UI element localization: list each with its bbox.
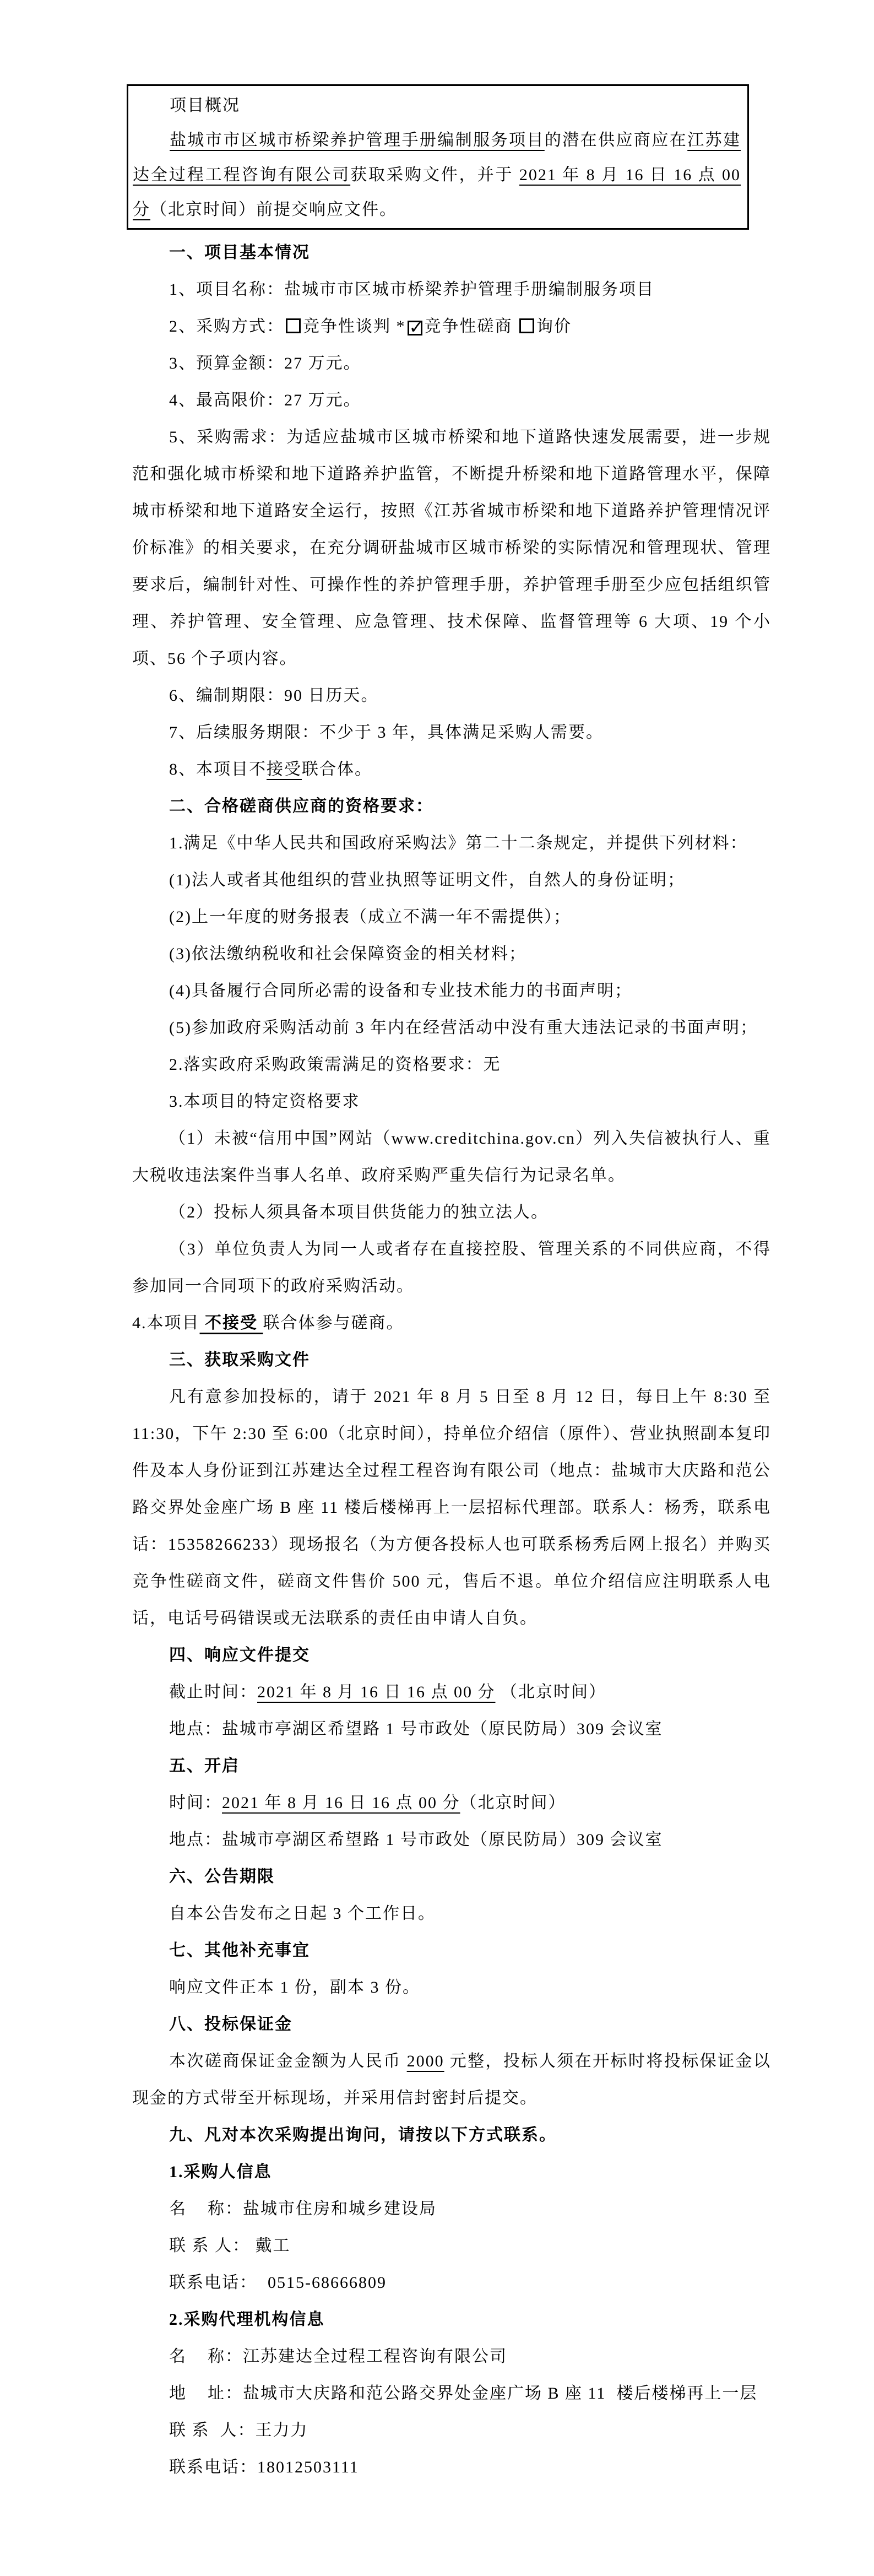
section2-heading: 二、合格磋商供应商的资格要求：	[132, 788, 771, 825]
text-run: （北京时间）	[496, 1683, 607, 1701]
qualification-item3-sub3: （3）单位负责人为同一人或者存在直接控股、管理关系的不同供应商，不得参加同一合同…	[132, 1231, 771, 1305]
text-run: 2021 年 8 月 16 日 16 点 00 分	[257, 1683, 496, 1701]
project-overview-box: 项目概况 盐城市市区城市桥梁养护管理手册编制服务项目的潜在供应商应在江苏建达全过…	[127, 84, 749, 230]
section3-heading: 三、获取采购文件	[132, 1341, 771, 1378]
announcement-period: 自本公告发布之日起 3 个工作日。	[132, 1895, 771, 1932]
box-title: 项目概况	[133, 88, 741, 123]
document-content: 项目概况 盐城市市区城市桥梁养护管理手册编制服务项目的潜在供应商应在江苏建达全过…	[0, 0, 874, 2546]
text-run: 联合体参与磋商。	[263, 1314, 404, 1332]
qualification-item2: 2.落实政府采购政策需满足的资格要求：无	[132, 1046, 771, 1083]
text-run: 2021 年 8 月 16 日 16 点 00 分	[222, 1794, 460, 1812]
qualification-sub2: (2)上一年度的财务报表（成立不满一年不需提供）；	[132, 899, 771, 935]
section4-heading: 四、响应文件提交	[132, 1637, 771, 1674]
item-budget: 3、预算金额：27 万元。	[132, 345, 771, 382]
qualification-sub3: (3)依法缴纳税收和社会保障资金的相关材料；	[132, 935, 771, 972]
opening-time: 时间：2021 年 8 月 16 日 16 点 00 分（北京时间）	[132, 1784, 771, 1821]
text-run: 不接受	[200, 1314, 263, 1332]
item-procurement-method: 2、采购方式：竞争性谈判 *✓竞争性磋商 询价	[132, 308, 771, 345]
qualification-item3-sub2: （2）投标人须具备本项目供货能力的独立法人。	[132, 1194, 771, 1231]
text-run: 询价	[536, 317, 572, 335]
text-run: 联合体。	[302, 760, 372, 778]
text-run: 时间：	[169, 1794, 222, 1812]
agency-contact: 联 系 人：王力力	[132, 2412, 771, 2449]
buyer-contact: 联 系 人： 戴工	[132, 2227, 771, 2264]
text-run: 8、本项目不	[169, 760, 267, 778]
item-no-consortium: 8、本项目不接受联合体。	[132, 751, 771, 788]
buyer-name: 名 称：盐城市住房和城乡建设局	[132, 2190, 771, 2227]
text-run: 本次磋商保证金金额为人民币	[169, 2052, 407, 2070]
qualification-item3-sub1: （1）未被“信用中国”网站（www.creditchina.gov.cn）列入失…	[132, 1120, 771, 1194]
qualification-sub4: (4)具备履行合同所必需的设备和专业技术能力的书面声明；	[132, 972, 771, 1009]
qualification-item1: 1.满足《中华人民共和国政府采购法》第二十二条规定，并提供下列材料：	[132, 825, 771, 862]
submission-deadline: 截止时间：2021 年 8 月 16 日 16 点 00 分 （北京时间）	[132, 1674, 771, 1711]
item-follow-up-service: 7、后续服务期限：不少于 3 年，具体满足采购人需要。	[132, 714, 771, 751]
buyer-phone: 联系电话： 0515-68666809	[132, 2264, 771, 2301]
text-run: 截止时间：	[169, 1683, 257, 1701]
unchecked-checkbox-icon	[286, 318, 301, 333]
text-run: （北京时间）前提交响应文件。	[150, 201, 397, 219]
section1-heading: 一、项目基本情况	[132, 234, 771, 271]
text-run: 获取采购文件，并于	[350, 166, 519, 184]
text-run: 的潜在供应商应在	[545, 131, 687, 149]
agency-name: 名 称：江苏建达全过程工程咨询有限公司	[132, 2338, 771, 2375]
qualification-item4-no-consortium: 4.本项目 不接受 联合体参与磋商。	[132, 1305, 771, 1341]
item-price-cap: 4、最高限价：27 万元。	[132, 382, 771, 419]
text-run: 盐城市市区城市桥梁养护管理手册编制服务项目	[170, 131, 545, 149]
opening-place: 地点：盐城市亭湖区希望路 1 号市政处（原民防局）309 会议室	[132, 1821, 771, 1858]
section6-heading: 六、公告期限	[132, 1858, 771, 1895]
agency-phone: 联系电话：18012503111	[132, 2449, 771, 2486]
document-page: 项目概况 盐城市市区城市桥梁养护管理手册编制服务项目的潜在供应商应在江苏建达全过…	[0, 0, 874, 2576]
text-run: 2、采购方式：	[169, 317, 284, 335]
checked-checkbox-icon: ✓	[408, 321, 422, 335]
section7-heading: 七、其他补充事宜	[132, 1932, 771, 1969]
qualification-sub1: (1)法人或者其他组织的营业执照等证明文件，自然人的身份证明；	[132, 862, 771, 899]
item-project-name: 1、项目名称：盐城市市区城市桥梁养护管理手册编制服务项目	[132, 271, 771, 308]
qualification-item3: 3.本项目的特定资格要求	[132, 1083, 771, 1120]
text-run: （北京时间）	[460, 1794, 566, 1812]
buyer-info-label: 1.采购人信息	[132, 2153, 771, 2190]
text-run: 竞争性谈判 *	[303, 317, 406, 335]
agency-info-label: 2.采购代理机构信息	[132, 2301, 771, 2338]
unchecked-checkbox-icon	[519, 318, 534, 333]
box-intro: 盐城市市区城市桥梁养护管理手册编制服务项目的潜在供应商应在江苏建达全过程工程咨询…	[133, 123, 741, 227]
bid-bond-para: 本次磋商保证金金额为人民币 2000 元整，投标人须在开标时将投标保证金以现金的…	[132, 2043, 771, 2117]
document-acquisition-para: 凡有意参加投标的，请于 2021 年 8 月 5 日至 8 月 12 日，每日上…	[132, 1378, 771, 1637]
text-run: 4.本项目	[132, 1314, 200, 1332]
section8-heading: 八、投标保证金	[132, 2006, 771, 2043]
item-procurement-requirements: 5、采购需求：为适应盐城市区城市桥梁和地下道路快速发展需要，进一步规范和强化城市…	[132, 419, 771, 677]
supplementary-note: 响应文件正本 1 份，副本 3 份。	[132, 1969, 771, 2006]
submission-place: 地点：盐城市亭湖区希望路 1 号市政处（原民防局）309 会议室	[132, 1711, 771, 1747]
item-compilation-period: 6、编制期限：90 日历天。	[132, 677, 771, 714]
qualification-sub5: (5)参加政府采购活动前 3 年内在经营活动中没有重大违法记录的书面声明；	[132, 1009, 771, 1046]
section5-heading: 五、开启	[132, 1747, 771, 1784]
section9-heading: 九、凡对本次采购提出询问，请按以下方式联系。	[132, 2117, 771, 2153]
agency-address: 地 址：盐城市大庆路和范公路交界处金座广场 B 座 11 楼后楼梯再上一层	[132, 2375, 771, 2412]
text-run: 接受	[267, 760, 302, 778]
text-run: 2000	[407, 2052, 444, 2070]
text-run: 竞争性磋商	[425, 317, 518, 335]
